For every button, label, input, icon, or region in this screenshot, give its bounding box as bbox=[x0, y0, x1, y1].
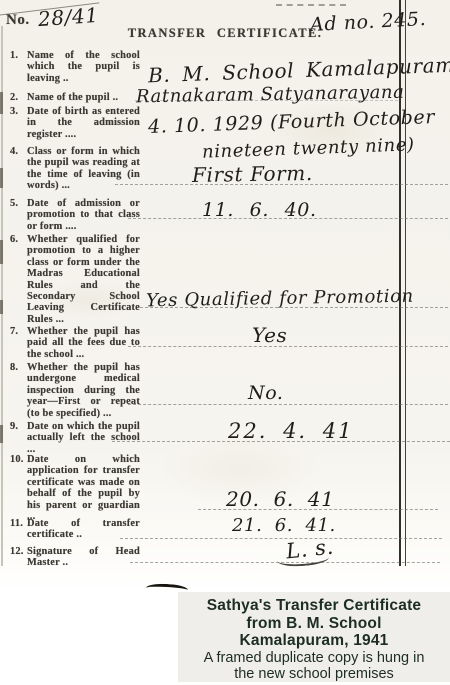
item-number: 12. bbox=[10, 546, 24, 557]
ruled-line bbox=[120, 538, 442, 539]
form-label-3: 3.Date of birth as entered in the admiss… bbox=[10, 106, 140, 140]
ruled-line bbox=[128, 346, 448, 347]
item-label: Date of birth as entered in the admissio… bbox=[10, 106, 140, 140]
ruled-line bbox=[128, 404, 448, 405]
item-number: 4. bbox=[10, 146, 18, 157]
item-label: Name of the school which the pupil is le… bbox=[10, 50, 140, 84]
form-label-12: 12.Signature of Head Master .. bbox=[10, 546, 140, 569]
margin-tick bbox=[0, 300, 3, 314]
item-label: Whether the pupil has undergone medical … bbox=[10, 362, 140, 419]
form-label-1: 1.Name of the school which the pupil is … bbox=[10, 50, 140, 84]
form-label-7: 7.Whether the pupil has paid all the fee… bbox=[10, 326, 140, 360]
top-broken-line bbox=[276, 4, 346, 6]
caption-title: Sathya's Transfer Certificate from B. M.… bbox=[178, 597, 450, 650]
caption-title-line: from B. M. School bbox=[178, 615, 450, 633]
item-label: Date of admission or promotion to that c… bbox=[10, 198, 140, 232]
item-number: 1. bbox=[10, 50, 18, 61]
form-label-10: 10.Date on which application for transfe… bbox=[10, 454, 140, 522]
item-number: 2. bbox=[10, 92, 18, 103]
caption-subtitle-line: the new school premises bbox=[178, 666, 450, 683]
item-number: 7. bbox=[10, 326, 18, 337]
caption-subtitle: A framed duplicate copy is hung in the n… bbox=[178, 650, 450, 683]
serial-number-label: No. bbox=[6, 12, 30, 29]
entry-certificate-date: 21. 6. 41. bbox=[232, 515, 336, 536]
item-label: Whether the pupil has paid all the fees … bbox=[10, 326, 140, 360]
item-number: 3. bbox=[10, 106, 18, 117]
caption-title-line: Sathya's Transfer Certificate bbox=[178, 597, 450, 615]
ruled-line bbox=[115, 184, 448, 185]
entry-left-date: 22. 4. 41 bbox=[228, 419, 354, 443]
ruled-line bbox=[198, 509, 438, 510]
ruled-line bbox=[128, 218, 448, 219]
item-label: Signature of Head Master .. bbox=[10, 546, 140, 569]
margin-tick bbox=[0, 425, 3, 443]
scanned-certificate-page: { "colors":{"paper":"#f5f3ee","ink":"#21… bbox=[0, 0, 450, 685]
form-label-6: 6.Whether qualified for promotion to a h… bbox=[10, 234, 140, 325]
item-label: Date on which application for transfer c… bbox=[10, 454, 140, 522]
document-title: TRANSFER CERTIFICATE. bbox=[118, 26, 332, 41]
form-label-5: 5.Date of admission or promotion to that… bbox=[10, 198, 140, 232]
entry-application-date: 20. 6. 41 bbox=[226, 487, 334, 511]
serial-number-value: 28/41 bbox=[37, 3, 99, 31]
item-number: 8. bbox=[10, 362, 18, 373]
ruled-line bbox=[140, 307, 448, 308]
item-label: Date on which the pupil actually left th… bbox=[10, 421, 140, 455]
item-number: 9. bbox=[10, 421, 18, 432]
item-number: 10. bbox=[10, 454, 24, 465]
item-number: 5. bbox=[10, 198, 18, 209]
caption-box: Sathya's Transfer Certificate from B. M.… bbox=[178, 592, 450, 682]
item-number: 11. bbox=[10, 518, 23, 529]
form-label-2: 2.Name of the pupil .. bbox=[10, 92, 140, 103]
item-number: 6. bbox=[10, 234, 18, 245]
ruled-line bbox=[112, 441, 450, 442]
margin-tick bbox=[0, 240, 3, 264]
caption-title-line: Kamalapuram, 1941 bbox=[178, 632, 450, 650]
caption-subtitle-line: A framed duplicate copy is hung in bbox=[178, 650, 450, 667]
item-label: Name of the pupil .. bbox=[10, 92, 140, 103]
ruled-line bbox=[130, 562, 440, 563]
margin-tick bbox=[0, 92, 3, 114]
entry-fees-paid: Yes bbox=[252, 323, 287, 347]
ruled-line bbox=[135, 100, 398, 101]
entry-medical: No. bbox=[248, 382, 284, 404]
form-label-8: 8.Whether the pupil has undergone medica… bbox=[10, 362, 140, 419]
margin-tick bbox=[0, 168, 3, 188]
form-label-9: 9.Date on which the pupil actually left … bbox=[10, 421, 140, 455]
item-label: Whether qualified for promotion to a hig… bbox=[10, 234, 140, 325]
